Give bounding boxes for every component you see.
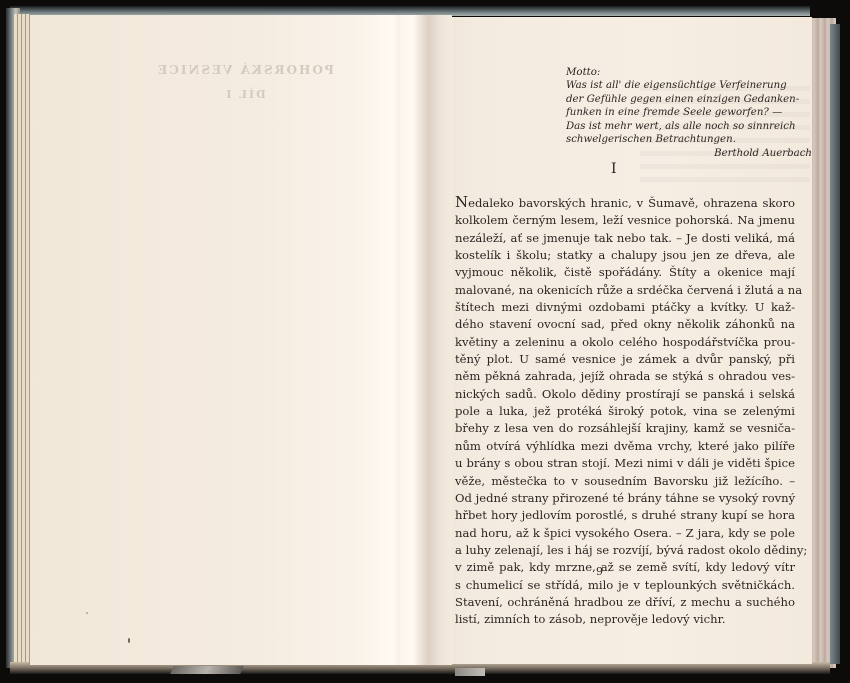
text-line: malované, na okenicích růže a srdéčka če… xyxy=(455,282,795,299)
text-line: štítech mezi divnými ozdobami ptáčky a k… xyxy=(455,299,795,316)
text-line: kostelík i školu; statky a chalupy jsou … xyxy=(455,247,795,264)
text-line: Od jedné strany přirozené té brány táhne… xyxy=(455,490,795,507)
cover-bottom-decoration xyxy=(455,668,485,676)
motto: Motto: Was ist all' die eigensüchtige Ve… xyxy=(566,66,812,161)
text-line: Nedaleko bavorských hranic, v Šumavě, oh… xyxy=(455,194,795,212)
motto-line: Das ist mehr wert, als alle noch so sinn… xyxy=(566,120,812,133)
text-line: nických sadů. Okolo dědiny prostírají se… xyxy=(455,386,795,403)
text-line: a luhy zelenají, les i háj se rozvíjí, b… xyxy=(455,542,795,559)
bleed-through-subtitle: DÍL I xyxy=(130,88,360,101)
page-number: 9 xyxy=(596,565,603,578)
text-line: těný plot. U samé vesnice je zámek a dvů… xyxy=(455,351,795,368)
text-line: pole a luka, jež protéká široký potok, v… xyxy=(455,403,795,420)
book-gutter xyxy=(400,15,452,665)
paper-speck xyxy=(128,638,130,643)
paper-speck xyxy=(86,612,88,614)
body-text: Nedaleko bavorských hranic, v Šumavě, oh… xyxy=(455,194,795,629)
text-line: kolkolem černým lesem, leží vesnice poho… xyxy=(455,212,795,229)
motto-label: Motto: xyxy=(566,66,812,79)
text-line: květiny a zeleninu a okolo celého hospod… xyxy=(455,334,795,351)
text-line: břehy z lesa ven do rozsáhlejší krajiny,… xyxy=(455,420,795,437)
text-line: nad horu, až k špici vysokého Osera. – Z… xyxy=(455,525,795,542)
text-line: listí, zimních to zásob, neprověje ledov… xyxy=(455,611,795,628)
motto-line: Was ist all' die eigensüchtige Verfeiner… xyxy=(566,79,812,92)
text-line: věže, městečka to v sousedním Bavorsku j… xyxy=(455,473,795,490)
text-line: něm pěkná zahrada, jejíž ohrada se stýká… xyxy=(455,368,795,385)
text-line: s chumelicí se střídá, milo je v teploun… xyxy=(455,577,795,594)
motto-attribution: Berthold Auerbach xyxy=(566,147,812,160)
chapter-number: I xyxy=(611,161,617,177)
right-cover-edge xyxy=(830,24,840,664)
text-line: nům otvírá výhlídka mezi dvěma vrchy, kt… xyxy=(455,438,795,455)
left-page xyxy=(29,15,407,665)
text-line: dého stavení ovocní sad, před okny někol… xyxy=(455,316,795,333)
text-line: Stavení, ochráněná hradbou ze dříví, z m… xyxy=(455,594,795,611)
left-page-stack xyxy=(14,14,30,668)
motto-line: funken in eine fremde Seele geworfen? — xyxy=(566,106,812,119)
motto-line: der Gefühle gegen einen einzigen Gedanke… xyxy=(566,93,812,106)
motto-line: schwelgerischen Betrachtungen. xyxy=(566,133,812,146)
text-line: v zimě pak, kdy mrzne, až se země svítí,… xyxy=(455,559,795,576)
text-line: u brány s obou stran stojí. Mezi nimi v … xyxy=(455,455,795,472)
bleed-through-title: POHORSKÁ VESNICE xyxy=(130,63,360,77)
cover-bottom-decoration xyxy=(170,666,244,674)
text-line: hřbet hory jedlovím porostlé, s druhé st… xyxy=(455,507,795,524)
text-line: vyjmouc několik, čistě spořádány. Štíty … xyxy=(455,264,795,281)
text-line: nezáleží, ať se jmenuje tak nebo tak. – … xyxy=(455,230,795,247)
open-book: POHORSKÁ VESNICE DÍL I Motto: Was ist al… xyxy=(0,0,850,683)
